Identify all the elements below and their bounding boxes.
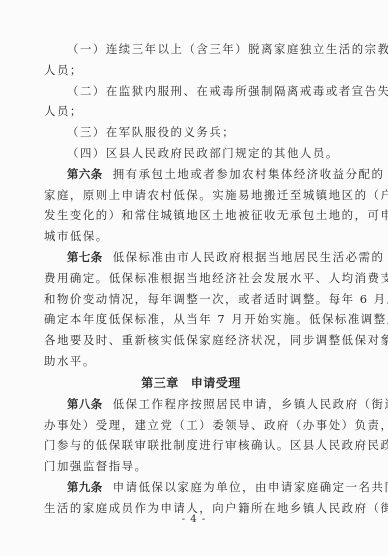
item-3-line-1: （三）在军队服役的义务兵； [44,122,338,143]
article-9-text-1: 申请低保以家庭为单位，由申请家庭确定一名共同 [113,480,388,494]
chapter-number: 第三章 [141,376,179,390]
article-7-text-1: 低保标准由市人民政府根据当地居民生活必需的 [113,250,385,264]
item-2-line-1: （二）在监狱内服刑、在戒毒所强制隔离戒毒或者宣告失踪 [44,81,338,102]
item-1-line-2: 人员； [44,60,338,81]
article-6-line-3: 发生变化的）和常住城镇地区土地被征收无承包土地的，可申请 [44,205,338,226]
item-2-line-2: 人员； [44,101,338,122]
article-8-line-2: 办事处）受理，建立党（工）委领导、政府（办事处）负责，部 [44,415,338,436]
article-6-line-4: 城市低保。 [44,226,338,247]
article-8-label: 第八条 [67,397,103,411]
article-8-line-3: 门参与的低保联审联批制度进行审核确认。区县人民政府民政部 [44,435,338,456]
article-7-line-2: 费用确定。低保标准根据当地经济社会发展水平、人均消费支出 [44,268,338,289]
article-7-line-4: 确定本年度低保标准，从当年 7 月开始实施。低保标准调整后， [44,309,338,330]
article-6-line-1: 第六条拥有承包土地或者参加农村集体经济收益分配的 [44,164,338,185]
page-number: - 4 - [0,514,388,525]
chapter-title: 申请受理 [191,376,241,390]
article-7-line-6: 助水平。 [44,351,338,372]
article-6-line-2: 家庭，原则上申请农村低保。实施易地搬迁至城镇地区的（户籍 [44,185,338,206]
article-9-label: 第九条 [67,480,103,494]
article-7-line-1: 第七条低保标准由市人民政府根据当地居民生活必需的 [44,247,338,268]
document-page: （一）连续三年以上（含三年）脱离家庭独立生活的宗教教职 人员； （二）在监狱内服… [44,39,338,519]
item-4-line-1: （四）区县人民政府民政部门规定的其他人员。 [44,143,338,164]
item-1-line-1: （一）连续三年以上（含三年）脱离家庭独立生活的宗教教职 [44,39,338,60]
article-8-line-4: 门加强监督指导。 [44,456,338,477]
article-7-line-3: 和物价变动情况，每年调整一次，或者适时调整。每年 6 月底前， [44,289,338,310]
chapter-heading: 第三章申请受理 [44,372,338,394]
article-7-label: 第七条 [67,250,103,264]
article-8-line-1: 第八条低保工作程序按照居民申请，乡镇人民政府（街道 [44,394,338,415]
article-6-label: 第六条 [67,167,103,181]
article-6-text-1: 拥有承包土地或者参加农村集体经济收益分配的 [113,167,385,181]
article-7-line-5: 各地要及时、重新核实低保家庭经济状况，同步调整低保对象补 [44,330,338,351]
article-9-line-1: 第九条申请低保以家庭为单位，由申请家庭确定一名共同 [44,477,338,498]
article-8-text-1: 低保工作程序按照居民申请，乡镇人民政府（街道 [113,397,388,411]
